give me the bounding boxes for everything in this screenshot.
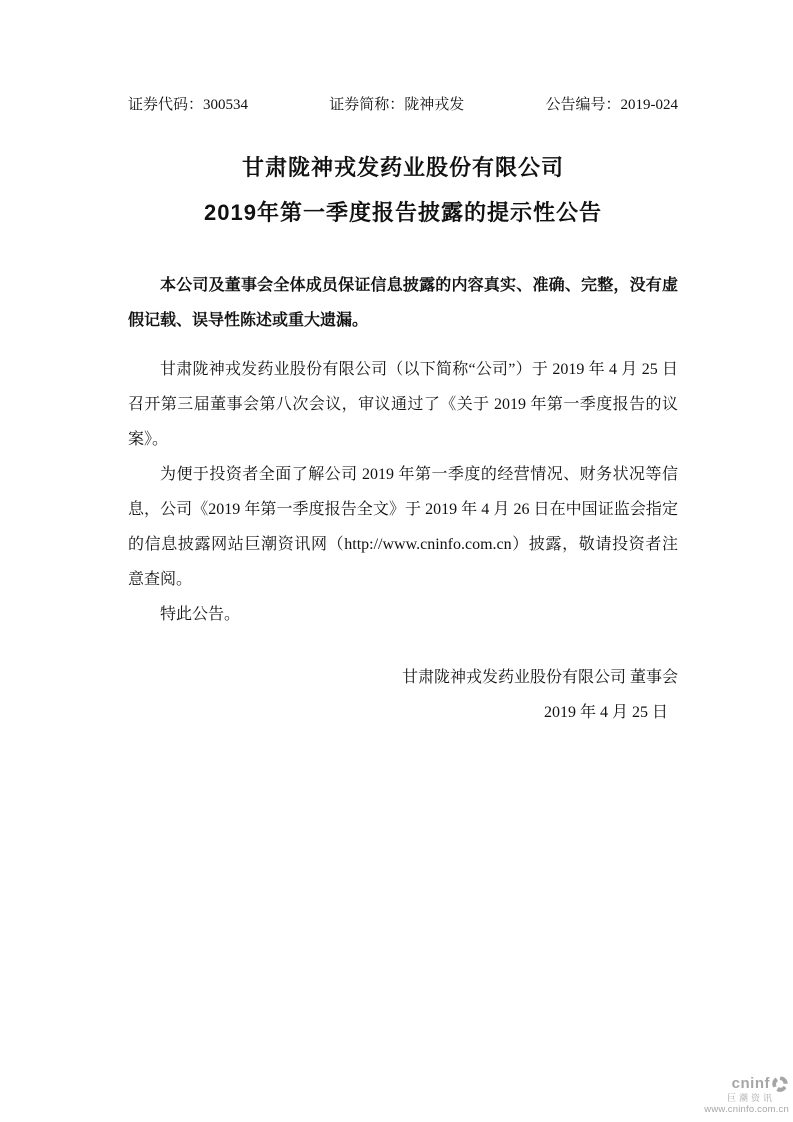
body-paragraph-1: 甘肃陇神戎发药业股份有限公司（以下简称“公司”）于 2019 年 4 月 25 … [128, 352, 678, 457]
document-content: 证券代码：300534 证券简称：陇神戎发 公告编号：2019-024 甘肃陇神… [0, 0, 793, 730]
document-header: 证券代码：300534 证券简称：陇神戎发 公告编号：2019-024 [128, 95, 678, 115]
cninfo-brand-row: cninf [704, 1075, 789, 1093]
announcement-title: 2019年第一季度报告披露的提示性公告 [128, 198, 678, 228]
cninfo-brand-text: cninf [732, 1076, 770, 1092]
closing-line: 特此公告。 [128, 597, 678, 632]
cninfo-url: www.cninfo.com.cn [704, 1104, 789, 1116]
company-title: 甘肃陇神戎发药业股份有限公司 [128, 153, 678, 183]
cninfo-swirl-icon [771, 1075, 789, 1093]
announcement-number: 公告编号：2019-024 [546, 95, 679, 115]
signature-company: 甘肃陇神戎发药业股份有限公司 董事会 [128, 660, 678, 695]
signature-block: 甘肃陇神戎发药业股份有限公司 董事会 2019 年 4 月 25 日 [128, 660, 678, 730]
disclaimer-paragraph: 本公司及董事会全体成员保证信息披露的内容真实、准确、完整，没有虚假记载、误导性陈… [128, 268, 678, 338]
body-paragraph-2: 为便于投资者全面了解公司 2019 年第一季度的经营情况、财务状况等信息，公司《… [128, 457, 678, 597]
stock-code: 证券代码：300534 [128, 95, 248, 115]
cninfo-chinese-name: 巨潮资讯 [704, 1093, 775, 1104]
announcement-page: 证券代码：300534 证券简称：陇神戎发 公告编号：2019-024 甘肃陇神… [0, 0, 793, 1122]
stock-name: 证券简称：陇神戎发 [329, 95, 464, 115]
signature-date: 2019 年 4 月 25 日 [128, 695, 678, 730]
cninfo-logo: cninf 巨潮资讯 www.cninfo.com.cn [704, 1075, 789, 1116]
